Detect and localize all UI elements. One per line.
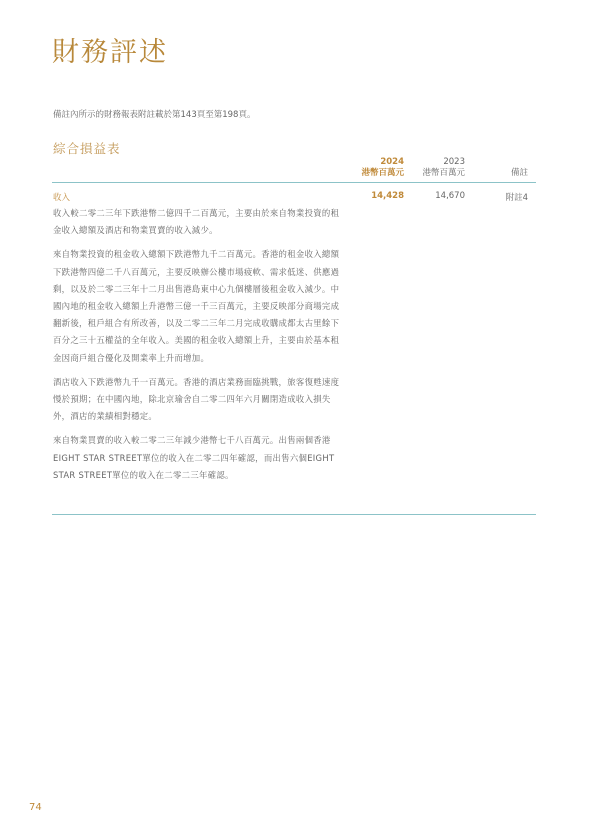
column-header-2024: 2024 港幣百萬元	[340, 157, 404, 179]
revenue-commentary: 收入較二零二三年下跌港幣二億四千二百萬元，主要由於來自物業投資的租金收入總額及酒…	[53, 205, 343, 491]
header-divider	[52, 182, 536, 183]
row-label-revenue: 收入	[53, 191, 70, 203]
paragraph: 收入較二零二三年下跌港幣二億四千二百萬元，主要由於來自物業投資的租金收入總額及酒…	[53, 205, 343, 239]
column-year: 2024	[340, 157, 404, 168]
column-unit: 港幣百萬元	[405, 168, 465, 179]
paragraph: 來自物業投資的租金收入總額下跌港幣九千二百萬元。香港的租金收入總額下跌港幣四億二…	[53, 246, 343, 366]
revenue-2023: 14,670	[405, 191, 465, 201]
revenue-2024: 14,428	[340, 191, 404, 201]
column-header-2023: 2023 港幣百萬元	[405, 157, 465, 179]
page-number: 74	[29, 802, 42, 813]
section-title: 綜合損益表	[53, 139, 121, 157]
section-bottom-divider	[52, 514, 536, 515]
column-year: 2023	[405, 157, 465, 168]
column-header-note: 備註	[480, 168, 528, 179]
notes-reference: 備註內所示的財務報表附註載於第143頁至第198頁。	[53, 108, 255, 120]
paragraph: 來自物業買賣的收入較二零二三年減少港幣七千八百萬元。出售兩個香港EIGHT ST…	[53, 432, 343, 484]
paragraph: 酒店收入下跌港幣九千一百萬元。香港的酒店業務面臨挑戰，旅客復甦速度慢於預期；在中…	[53, 374, 343, 426]
page-title: 財務評述	[52, 30, 168, 69]
revenue-note: 附註4	[480, 191, 528, 203]
column-unit: 港幣百萬元	[340, 168, 404, 179]
